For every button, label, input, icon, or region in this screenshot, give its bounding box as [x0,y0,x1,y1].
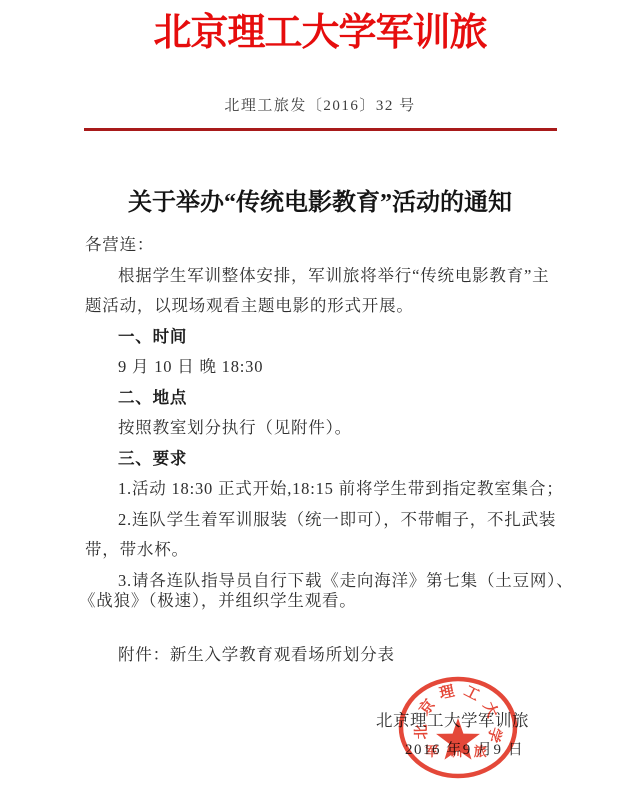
seal-bottom-text: 军 训 旅 [425,744,491,759]
letterhead-title: 北京理工大学军训旅 [0,1,640,56]
official-document-page: 北京理工大学军训旅 北理工旅发〔2016〕32 号 关于举办“传统电影教育”活动… [0,0,640,802]
document-number: 北理工旅发〔2016〕32 号 [0,94,640,115]
document-title: 关于举办“传统电影教育”活动的通知 [0,182,640,217]
body-line: 9 月 10 日 晚 18:30 [85,352,571,383]
section-heading-time: 一、时间 [85,322,571,353]
body-line: 根据学生军训整体安排，军训旅将举行“传统电影教育”主 [85,261,571,292]
section-heading-requirements: 三、要求 [85,444,571,475]
official-seal: 北京理工大学 军 训 旅 [396,673,520,783]
attachment-note: 附件：新生入学教育观看场所划分表 [118,644,395,666]
body-line: 题活动，以现场观看主题电影的形式开展。 [85,291,571,322]
document-body: 各营连： 根据学生军训整体安排，军训旅将举行“传统电影教育”主 题活动，以现场观… [85,230,571,617]
section-heading-place: 二、地点 [85,383,571,414]
body-line: 按照教室划分执行（见附件）。 [85,413,571,444]
body-line: 1.活动 18:30 正式开始,18:15 前将学生带到指定教室集合； [85,474,571,505]
body-line: 带，带水杯。 [85,535,571,566]
body-line-salutation: 各营连： [85,230,571,261]
body-line: 2.连队学生着军训服装（统一即可），不带帽子，不扎武装 [85,505,571,536]
red-divider-line [84,128,557,131]
